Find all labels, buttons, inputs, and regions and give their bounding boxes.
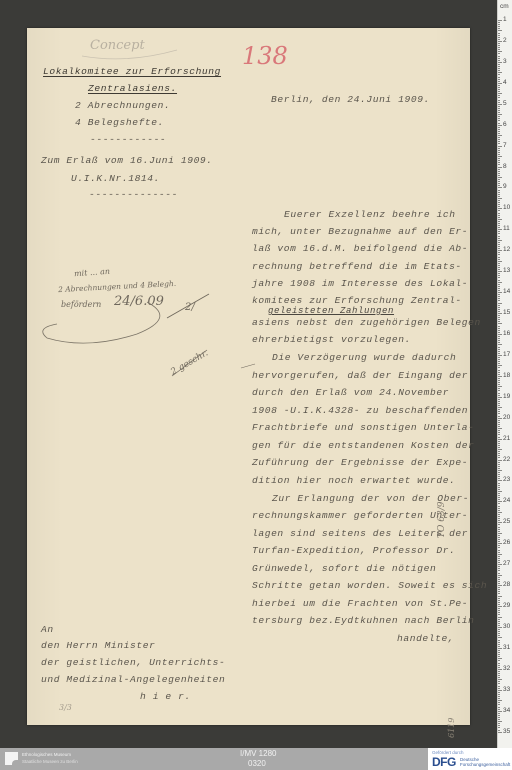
ruler-major-tick: [498, 711, 502, 712]
ruler-minor-tick: [498, 300, 500, 301]
ruler-major-tick: [498, 167, 502, 168]
ruler-minor-tick: [498, 190, 500, 191]
ruler-label: 11: [503, 225, 510, 232]
ruler-minor-tick: [498, 449, 502, 450]
ruler-minor-tick: [498, 386, 502, 387]
ruler-minor-tick: [498, 405, 500, 406]
ruler-minor-tick: [498, 24, 500, 25]
ruler-minor-tick: [498, 688, 500, 689]
ruler-minor-tick: [498, 286, 500, 287]
ruler-minor-tick: [498, 493, 500, 494]
ruler-minor-tick: [498, 319, 500, 320]
ruler-unit: cm: [500, 3, 509, 10]
ruler-minor-tick: [498, 372, 500, 373]
ruler-label: 6: [503, 121, 507, 128]
ruler-label: 25: [503, 518, 510, 525]
ruler-minor-tick: [498, 164, 500, 165]
ruler-minor-tick: [498, 330, 500, 331]
museum-name: Ethnologisches Museum: [22, 752, 71, 757]
ruler-minor-tick: [498, 290, 500, 291]
ruler-minor-tick: [498, 462, 500, 463]
ruler-major-tick: [498, 355, 502, 356]
ruler-minor-tick: [498, 390, 500, 391]
ruler-minor-tick: [498, 725, 500, 726]
ruler-minor-tick: [498, 619, 500, 620]
address-line: An: [41, 624, 54, 635]
ruler-minor-tick: [498, 535, 500, 536]
ruler-minor-tick: [498, 254, 500, 255]
address-line: der geistlichen, Unterrichts-: [41, 657, 225, 668]
ruler-minor-tick: [498, 604, 500, 605]
ruler-minor-tick: [498, 202, 500, 203]
ruler-major-tick: [498, 62, 502, 63]
ruler-major-tick: [498, 460, 502, 461]
ruler-minor-tick: [498, 683, 500, 684]
ruler-minor-tick: [498, 692, 500, 693]
ruler-minor-tick: [498, 451, 500, 452]
ruler-minor-tick: [498, 137, 500, 138]
signature-line-2: 0320: [248, 759, 266, 768]
ruler-minor-tick: [498, 298, 500, 299]
ruler-minor-tick: [498, 139, 500, 140]
ruler-minor-tick: [498, 323, 502, 324]
address-line: den Herrn Minister: [41, 640, 155, 651]
ruler-minor-tick: [498, 602, 500, 603]
ruler-minor-tick: [498, 416, 500, 417]
ruler-label: 14: [503, 288, 510, 295]
ruler-label: 3: [503, 58, 507, 65]
ruler-minor-tick: [498, 527, 500, 528]
ruler-minor-tick: [498, 635, 500, 636]
ruler-minor-tick: [498, 623, 500, 624]
ruler-label: 29: [503, 602, 510, 609]
ruler-minor-tick: [498, 432, 500, 433]
ruler-major-tick: [498, 564, 502, 565]
ruler-minor-tick: [498, 284, 500, 285]
ruler-minor-tick: [498, 261, 502, 262]
ruler-minor-tick: [498, 114, 502, 115]
ruler-minor-tick: [498, 393, 500, 394]
ruler-minor-tick: [498, 198, 502, 199]
ruler-minor-tick: [498, 45, 500, 46]
ruler-major-tick: [498, 522, 502, 523]
ruler-minor-tick: [498, 127, 500, 128]
ruler-minor-tick: [498, 294, 500, 295]
ruler-minor-tick: [498, 267, 500, 268]
ruler-minor-tick: [498, 315, 500, 316]
ruler-minor-tick: [498, 568, 500, 569]
ruler-minor-tick: [498, 487, 500, 488]
ruler-minor-tick: [498, 179, 500, 180]
ruler-minor-tick: [498, 663, 500, 664]
ruler-major-tick: [498, 292, 502, 293]
ruler-minor-tick: [498, 367, 500, 368]
ruler-minor-tick: [498, 39, 500, 40]
ruler-minor-tick: [498, 570, 500, 571]
ruler-minor-tick: [498, 246, 500, 247]
ruler-minor-tick: [498, 259, 500, 260]
ruler-minor-tick: [498, 152, 500, 153]
ruler-minor-tick: [498, 26, 500, 27]
ruler-minor-tick: [498, 430, 500, 431]
ruler-minor-tick: [498, 160, 500, 161]
ruler-major-tick: [498, 208, 502, 209]
ruler-minor-tick: [498, 474, 500, 475]
image-viewer: Concept 138 Lokalkomitee zur Erforschung…: [0, 0, 512, 748]
ruler-minor-tick: [498, 485, 500, 486]
ruler-major-tick: [498, 250, 502, 251]
museum-subtitle: Staatliche Museen zu Berlin: [22, 759, 78, 764]
ruler-minor-tick: [498, 566, 500, 567]
ruler-minor-tick: [498, 210, 500, 211]
ruler-minor-tick: [498, 547, 500, 548]
ruler-minor-tick: [498, 476, 500, 477]
ruler-minor-tick: [498, 81, 500, 82]
ruler-minor-tick: [498, 516, 500, 517]
ruler-label: 2: [503, 37, 507, 44]
ruler-minor-tick: [498, 671, 500, 672]
ruler-minor-tick: [498, 455, 500, 456]
ruler-minor-tick: [498, 495, 500, 496]
ruler-major-tick: [498, 585, 502, 586]
ruler-minor-tick: [498, 288, 500, 289]
ruler-minor-tick: [498, 407, 502, 408]
ruler-minor-tick: [498, 374, 500, 375]
ruler-minor-tick: [498, 248, 500, 249]
ruler-minor-tick: [498, 231, 500, 232]
ruler-label: 13: [503, 267, 510, 274]
ruler-major-tick: [498, 543, 502, 544]
ruler-minor-tick: [498, 49, 500, 50]
ruler-minor-tick: [498, 667, 500, 668]
ruler-minor-tick: [498, 652, 500, 653]
cm-ruler: cm 1234567891011121314151617181920212223…: [497, 0, 512, 748]
ruler-minor-tick: [498, 68, 500, 69]
ruler-minor-tick: [498, 200, 500, 201]
ruler-minor-tick: [498, 704, 500, 705]
ruler-label: 15: [503, 309, 510, 316]
ruler-minor-tick: [498, 426, 500, 427]
ruler-minor-tick: [498, 141, 500, 142]
ruler-label: 4: [503, 79, 507, 86]
ruler-minor-tick: [498, 311, 500, 312]
ruler-major-tick: [498, 271, 502, 272]
ruler-minor-tick: [498, 698, 500, 699]
ruler-minor-tick: [498, 162, 500, 163]
ruler-minor-tick: [498, 171, 500, 172]
ruler-minor-tick: [498, 363, 500, 364]
ruler-minor-tick: [498, 51, 502, 52]
ruler-minor-tick: [498, 156, 502, 157]
ruler-minor-tick: [498, 520, 500, 521]
ruler-minor-tick: [498, 303, 502, 304]
ruler-major-tick: [498, 418, 502, 419]
ruler-label: 1: [503, 16, 507, 23]
ruler-minor-tick: [498, 244, 500, 245]
ruler-minor-tick: [498, 537, 500, 538]
ruler-minor-tick: [498, 679, 502, 680]
ruler-label: 33: [503, 686, 510, 693]
ruler-minor-tick: [498, 361, 500, 362]
ruler-minor-tick: [498, 100, 500, 101]
ruler-minor-tick: [498, 154, 500, 155]
ruler-minor-tick: [498, 642, 500, 643]
ruler-minor-tick: [498, 483, 500, 484]
ruler-minor-tick: [498, 273, 500, 274]
ruler-minor-tick: [498, 321, 500, 322]
ruler-minor-tick: [498, 22, 500, 23]
pencil-note-bottom: 3/3: [59, 703, 72, 712]
ruler-label: 8: [503, 163, 507, 170]
ruler-minor-tick: [498, 550, 500, 551]
museum-logo-icon: [5, 752, 18, 765]
ruler-minor-tick: [498, 514, 500, 515]
ruler-major-tick: [498, 648, 502, 649]
handwritten-loop-icon: [27, 28, 470, 725]
ruler-minor-tick: [498, 677, 500, 678]
ruler-minor-tick: [498, 665, 500, 666]
ruler-minor-tick: [498, 359, 500, 360]
ruler-minor-tick: [498, 673, 500, 674]
ruler-minor-tick: [498, 411, 500, 412]
ruler-minor-tick: [498, 108, 500, 109]
ruler-minor-tick: [498, 472, 500, 473]
ruler-minor-tick: [498, 552, 500, 553]
ruler-minor-tick: [498, 508, 500, 509]
ruler-minor-tick: [498, 118, 500, 119]
ruler-minor-tick: [498, 470, 502, 471]
ruler-minor-tick: [498, 524, 500, 525]
ruler-label: 34: [503, 707, 510, 714]
ruler-minor-tick: [498, 263, 500, 264]
ruler-minor-tick: [498, 702, 500, 703]
ruler-label: 20: [503, 414, 510, 421]
ruler-minor-tick: [498, 541, 500, 542]
ruler-major-tick: [498, 125, 502, 126]
ruler-minor-tick: [498, 60, 500, 61]
ruler-minor-tick: [498, 72, 502, 73]
ruler-minor-tick: [498, 112, 500, 113]
ruler-major-tick: [498, 146, 502, 147]
ruler-minor-tick: [498, 631, 500, 632]
ruler-minor-tick: [498, 529, 500, 530]
ruler-minor-tick: [498, 719, 500, 720]
address-line: und Medizinal-Angelegenheiten: [41, 674, 225, 685]
ruler-minor-tick: [498, 694, 500, 695]
ruler-minor-tick: [498, 715, 500, 716]
ruler-minor-tick: [498, 351, 500, 352]
ruler-minor-tick: [498, 129, 500, 130]
ruler-minor-tick: [498, 640, 500, 641]
ruler-minor-tick: [498, 196, 500, 197]
ruler-minor-tick: [498, 357, 500, 358]
ruler-minor-tick: [498, 696, 500, 697]
ruler-minor-tick: [498, 388, 500, 389]
ruler-minor-tick: [498, 106, 500, 107]
ruler-minor-tick: [498, 252, 500, 253]
ruler-major-tick: [498, 313, 502, 314]
ruler-major-tick: [498, 397, 502, 398]
ruler-minor-tick: [498, 97, 500, 98]
ruler-label: 32: [503, 665, 510, 672]
ruler-minor-tick: [498, 401, 500, 402]
ruler-minor-tick: [498, 64, 500, 65]
ruler-minor-tick: [498, 560, 500, 561]
ruler-label: 19: [503, 393, 510, 400]
ruler-minor-tick: [498, 577, 500, 578]
ruler-minor-tick: [498, 478, 500, 479]
ruler-minor-tick: [498, 428, 502, 429]
ruler-minor-tick: [498, 56, 500, 57]
ruler-minor-tick: [498, 721, 502, 722]
ruler-minor-tick: [498, 332, 500, 333]
ruler-minor-tick: [498, 206, 500, 207]
dfg-funding-panel: Gefördert durch DFG Deutsche Forschungsg…: [428, 748, 512, 770]
ruler-minor-tick: [498, 497, 500, 498]
ruler-label: 17: [503, 351, 510, 358]
ruler-major-tick: [498, 627, 502, 628]
ruler-major-tick: [498, 187, 502, 188]
ruler-minor-tick: [498, 213, 500, 214]
dfg-logo: DFG: [432, 755, 456, 769]
ruler-label: 18: [503, 372, 510, 379]
ruler-minor-tick: [498, 681, 500, 682]
ruler-minor-tick: [498, 510, 500, 511]
document-page: Concept 138 Lokalkomitee zur Erforschung…: [27, 28, 470, 725]
ruler-minor-tick: [498, 296, 500, 297]
ruler-minor-tick: [498, 700, 502, 701]
ruler-minor-tick: [498, 309, 500, 310]
ruler-label: 30: [503, 623, 510, 630]
ruler-minor-tick: [498, 646, 500, 647]
ruler-label: 16: [503, 330, 510, 337]
ruler-minor-tick: [498, 185, 500, 186]
ruler-minor-tick: [498, 305, 500, 306]
ruler-minor-tick: [498, 399, 500, 400]
ruler-major-tick: [498, 606, 502, 607]
ruler-minor-tick: [498, 135, 502, 136]
ruler-minor-tick: [498, 409, 500, 410]
ruler-major-tick: [498, 732, 502, 733]
ruler-minor-tick: [498, 489, 500, 490]
ruler-label: 26: [503, 539, 510, 546]
ruler-minor-tick: [498, 223, 500, 224]
ruler-minor-tick: [498, 347, 500, 348]
ruler-minor-tick: [498, 503, 500, 504]
ruler-minor-tick: [498, 531, 500, 532]
ruler-minor-tick: [498, 217, 500, 218]
ruler-minor-tick: [498, 158, 500, 159]
ruler-minor-tick: [498, 175, 500, 176]
ruler-minor-tick: [498, 192, 500, 193]
ruler-minor-tick: [498, 265, 500, 266]
ruler-minor-tick: [498, 403, 500, 404]
ruler-minor-tick: [498, 53, 500, 54]
ruler-minor-tick: [498, 93, 502, 94]
ruler-minor-tick: [498, 77, 500, 78]
ruler-major-tick: [498, 690, 502, 691]
ruler-minor-tick: [498, 598, 500, 599]
ruler-label: 21: [503, 435, 510, 442]
ruler-minor-tick: [498, 573, 500, 574]
ruler-label: 31: [503, 644, 510, 651]
ruler-minor-tick: [498, 591, 500, 592]
ruler-minor-tick: [498, 280, 500, 281]
ruler-minor-tick: [498, 79, 500, 80]
ruler-label: 7: [503, 142, 507, 149]
ruler-label: 22: [503, 456, 510, 463]
ruler-minor-tick: [498, 562, 500, 563]
ruler-label: 35: [503, 728, 510, 735]
ruler-major-tick: [498, 83, 502, 84]
ruler-minor-tick: [498, 236, 500, 237]
ruler-minor-tick: [498, 491, 502, 492]
ruler-minor-tick: [498, 150, 500, 151]
ruler-minor-tick: [498, 466, 500, 467]
ruler-minor-tick: [498, 148, 500, 149]
ruler-minor-tick: [498, 47, 500, 48]
ruler-label: 28: [503, 581, 510, 588]
ruler-minor-tick: [498, 85, 500, 86]
ruler-minor-tick: [498, 120, 500, 121]
ruler-minor-tick: [498, 633, 500, 634]
margin-note-right: TO 63/9: [437, 502, 447, 538]
ruler-minor-tick: [498, 173, 500, 174]
ruler-minor-tick: [498, 437, 500, 438]
ruler-minor-tick: [498, 654, 500, 655]
ruler-minor-tick: [498, 238, 500, 239]
ruler-minor-tick: [498, 116, 500, 117]
ruler-minor-tick: [498, 370, 500, 371]
ruler-minor-tick: [498, 422, 500, 423]
ruler-minor-tick: [498, 338, 500, 339]
ruler-minor-tick: [498, 612, 500, 613]
ruler-minor-tick: [498, 581, 500, 582]
ruler-minor-tick: [498, 181, 500, 182]
ruler-label: 9: [503, 183, 507, 190]
ruler-major-tick: [498, 669, 502, 670]
ruler-minor-tick: [498, 225, 500, 226]
ruler-minor-tick: [498, 424, 500, 425]
ruler-minor-tick: [498, 464, 500, 465]
ruler-minor-tick: [498, 326, 500, 327]
ruler-minor-tick: [498, 378, 500, 379]
ruler-minor-tick: [498, 221, 500, 222]
ruler-minor-tick: [498, 275, 500, 276]
ruler-major-tick: [498, 376, 502, 377]
ruler-label: 5: [503, 100, 507, 107]
ruler-minor-tick: [498, 70, 500, 71]
ruler-minor-tick: [498, 660, 500, 661]
ruler-minor-tick: [498, 340, 500, 341]
ruler-minor-tick: [498, 204, 500, 205]
ruler-label: 27: [503, 560, 510, 567]
ruler-minor-tick: [498, 257, 500, 258]
ruler-minor-tick: [498, 614, 500, 615]
ruler-minor-tick: [498, 420, 500, 421]
ruler-minor-tick: [498, 625, 500, 626]
ruler-minor-tick: [498, 344, 502, 345]
ruler-minor-tick: [498, 317, 500, 318]
ruler-minor-tick: [498, 395, 500, 396]
ruler-minor-tick: [498, 110, 500, 111]
ruler-minor-tick: [498, 269, 500, 270]
ruler-major-tick: [498, 104, 502, 105]
ruler-minor-tick: [498, 131, 500, 132]
ruler-minor-tick: [498, 133, 500, 134]
ruler-minor-tick: [498, 575, 502, 576]
ruler-minor-tick: [498, 66, 500, 67]
